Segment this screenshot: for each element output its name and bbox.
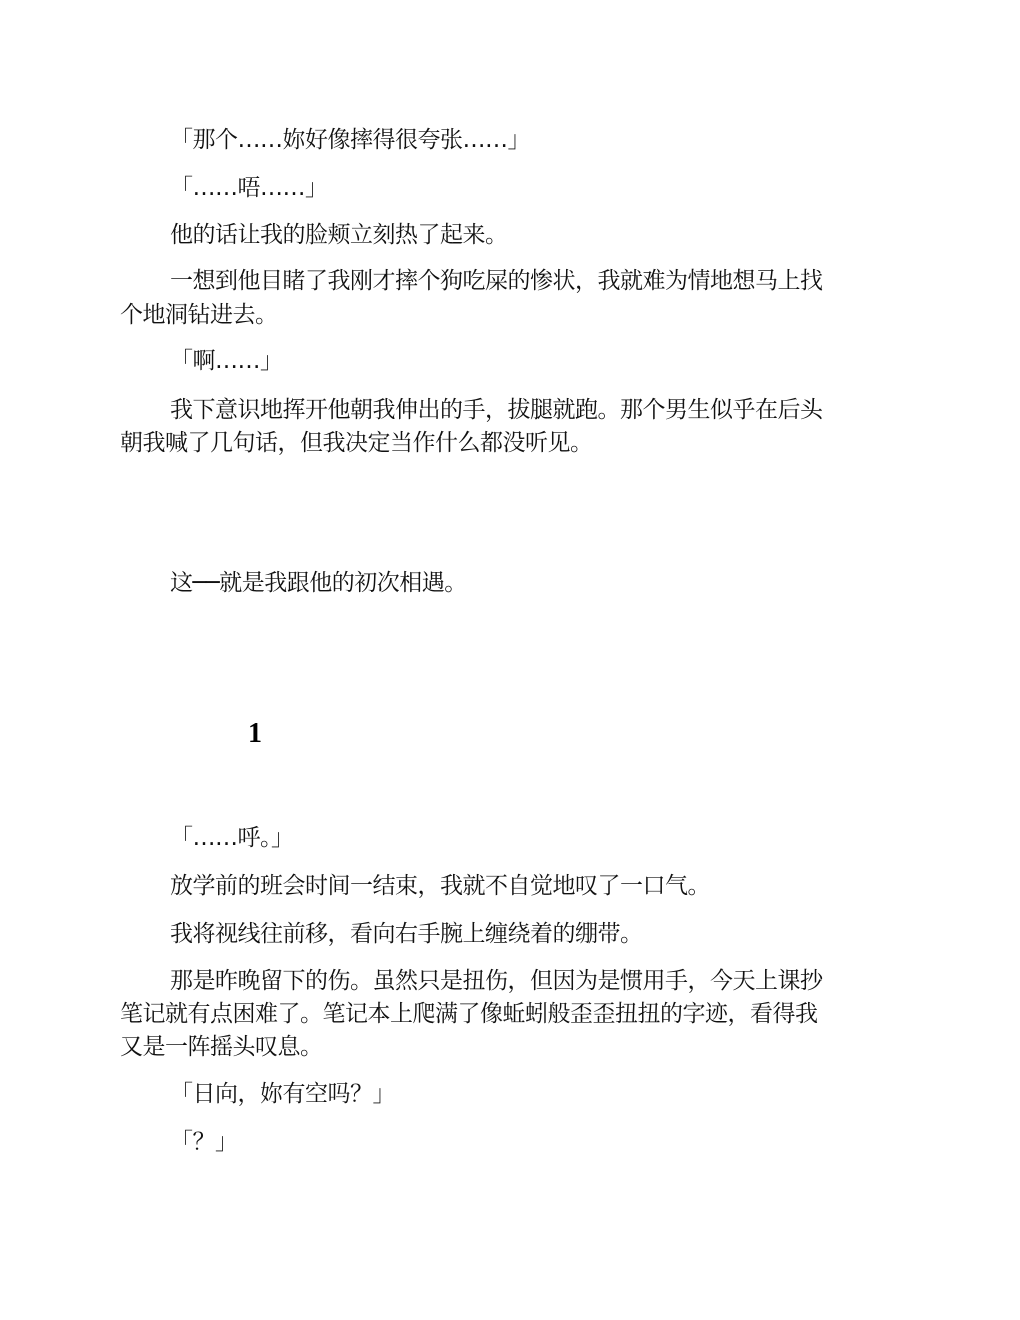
paragraph-line: 这──就是我跟他的初次相遇。 [170, 568, 467, 598]
dialogue-line: 「日向，妳有空吗？」 [170, 1079, 395, 1109]
dialogue-line: 「……呼。」 [170, 823, 294, 853]
paragraph-line: 朝我喊了几句话，但我决定当作什么都没听见。 [120, 428, 593, 458]
paragraph-line: 笔记就有点困难了。笔记本上爬满了像蚯蚓般歪歪扭扭的字迹，看得我 [120, 999, 818, 1029]
paragraph-line: 个地洞钻进去。 [120, 300, 278, 330]
dialogue-line: 「那个……妳好像摔得很夸张……」 [170, 125, 530, 155]
paragraph-line: 一想到他目睹了我刚才摔个狗吃屎的惨状，我就难为情地想马上找 [170, 266, 823, 296]
document-page: 「那个……妳好像摔得很夸张……」 「……唔……」 他的话让我的脸颊立刻热了起来。… [0, 0, 1020, 1320]
paragraph-line: 我下意识地挥开他朝我伸出的手，拔腿就跑。那个男生似乎在后头 [170, 395, 823, 425]
paragraph-line: 又是一阵摇头叹息。 [120, 1032, 323, 1062]
paragraph-line: 我将视线往前移，看向右手腕上缠绕着的绷带。 [170, 919, 643, 949]
paragraph-line: 那是昨晚留下的伤。虽然只是扭伤，但因为是惯用手，今天上课抄 [170, 966, 823, 996]
paragraph-line: 放学前的班会时间一结束，我就不自觉地叹了一口气。 [170, 871, 710, 901]
dialogue-line: 「……唔……」 [170, 173, 328, 203]
dialogue-line: 「啊……」 [170, 346, 283, 376]
paragraph-line: 他的话让我的脸颊立刻热了起来。 [170, 220, 508, 250]
dialogue-line: 「？」 [170, 1127, 238, 1157]
chapter-heading: 1 [248, 717, 262, 751]
